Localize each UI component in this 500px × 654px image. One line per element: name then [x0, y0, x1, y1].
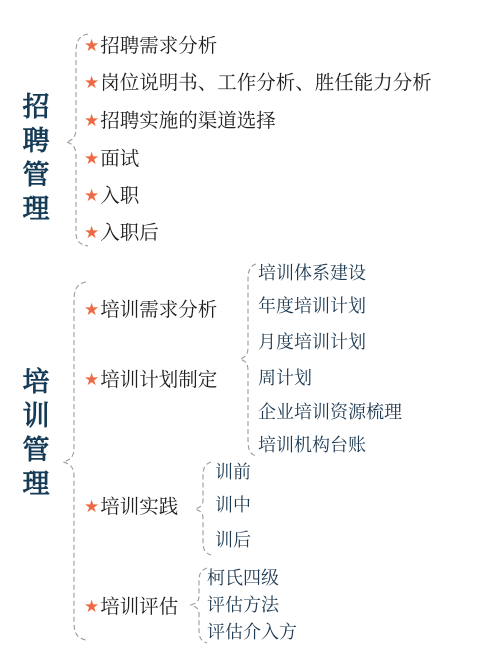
recruitment-item: ★招聘需求分析: [84, 33, 217, 60]
item-label: 入职: [100, 184, 139, 207]
plan-subitem: 培训体系建设: [258, 262, 366, 286]
item-label: 培训实践: [100, 495, 178, 518]
title-char: 聘: [20, 125, 52, 159]
star-icon: ★: [84, 73, 99, 93]
item-label: 培训计划制定: [100, 368, 217, 391]
recruitment-brace: [62, 32, 92, 247]
star-icon: ★: [84, 300, 99, 320]
plan-subitem: 周计划: [258, 367, 312, 391]
item-label: 岗位说明书、工作分析、胜任能力分析: [100, 71, 432, 94]
evaluation-subitem: 评估介入方: [207, 621, 297, 645]
title-char: 理: [20, 193, 52, 227]
evaluation-brace: [187, 566, 209, 646]
plan-subitem: 企业培训资源梳理: [258, 401, 402, 425]
plan-subitem: 培训机构台账: [258, 434, 366, 458]
item-label: 面试: [100, 147, 139, 170]
training-item: ★培训计划制定: [84, 367, 217, 394]
training-item: ★培训评估: [84, 594, 178, 621]
practice-brace: [191, 460, 213, 556]
title-char: 管: [20, 159, 52, 193]
plan-subitem: 年度培训计划: [258, 295, 366, 319]
item-label: 培训需求分析: [100, 298, 217, 321]
title-char: 训: [20, 400, 52, 434]
recruitment-title: 招 聘 管 理: [20, 91, 52, 227]
star-icon: ★: [84, 186, 99, 206]
training-item: ★培训实践: [84, 494, 178, 521]
practice-subitem: 训后: [215, 529, 251, 553]
recruitment-item: ★岗位说明书、工作分析、胜任能力分析: [84, 70, 432, 97]
practice-subitem: 训中: [215, 494, 251, 518]
star-icon: ★: [84, 111, 99, 131]
training-brace: [58, 280, 90, 642]
star-icon: ★: [84, 36, 99, 56]
practice-subitem: 训前: [215, 461, 251, 485]
recruitment-item: ★招聘实施的渠道选择: [84, 108, 276, 135]
item-label: 招聘实施的渠道选择: [100, 109, 276, 132]
plan-brace: [236, 262, 258, 458]
recruitment-item: ★入职: [84, 183, 139, 210]
item-label: 培训评估: [100, 595, 178, 618]
star-icon: ★: [84, 149, 99, 169]
evaluation-subitem: 评估方法: [207, 594, 279, 618]
title-char: 管: [20, 434, 52, 468]
recruitment-item: ★面试: [84, 146, 139, 173]
plan-subitem: 月度培训计划: [258, 331, 366, 355]
item-label: 入职后: [100, 221, 159, 244]
star-icon: ★: [84, 370, 99, 390]
title-char: 培: [20, 366, 52, 400]
star-icon: ★: [84, 497, 99, 517]
star-icon: ★: [84, 223, 99, 243]
star-icon: ★: [84, 597, 99, 617]
title-char: 理: [20, 468, 52, 502]
recruitment-item: ★入职后: [84, 220, 159, 247]
title-char: 招: [20, 91, 52, 125]
evaluation-subitem: 柯氏四级: [207, 567, 279, 591]
item-label: 招聘需求分析: [100, 34, 217, 57]
training-title: 培 训 管 理: [20, 366, 52, 502]
training-item: ★培训需求分析: [84, 297, 217, 324]
